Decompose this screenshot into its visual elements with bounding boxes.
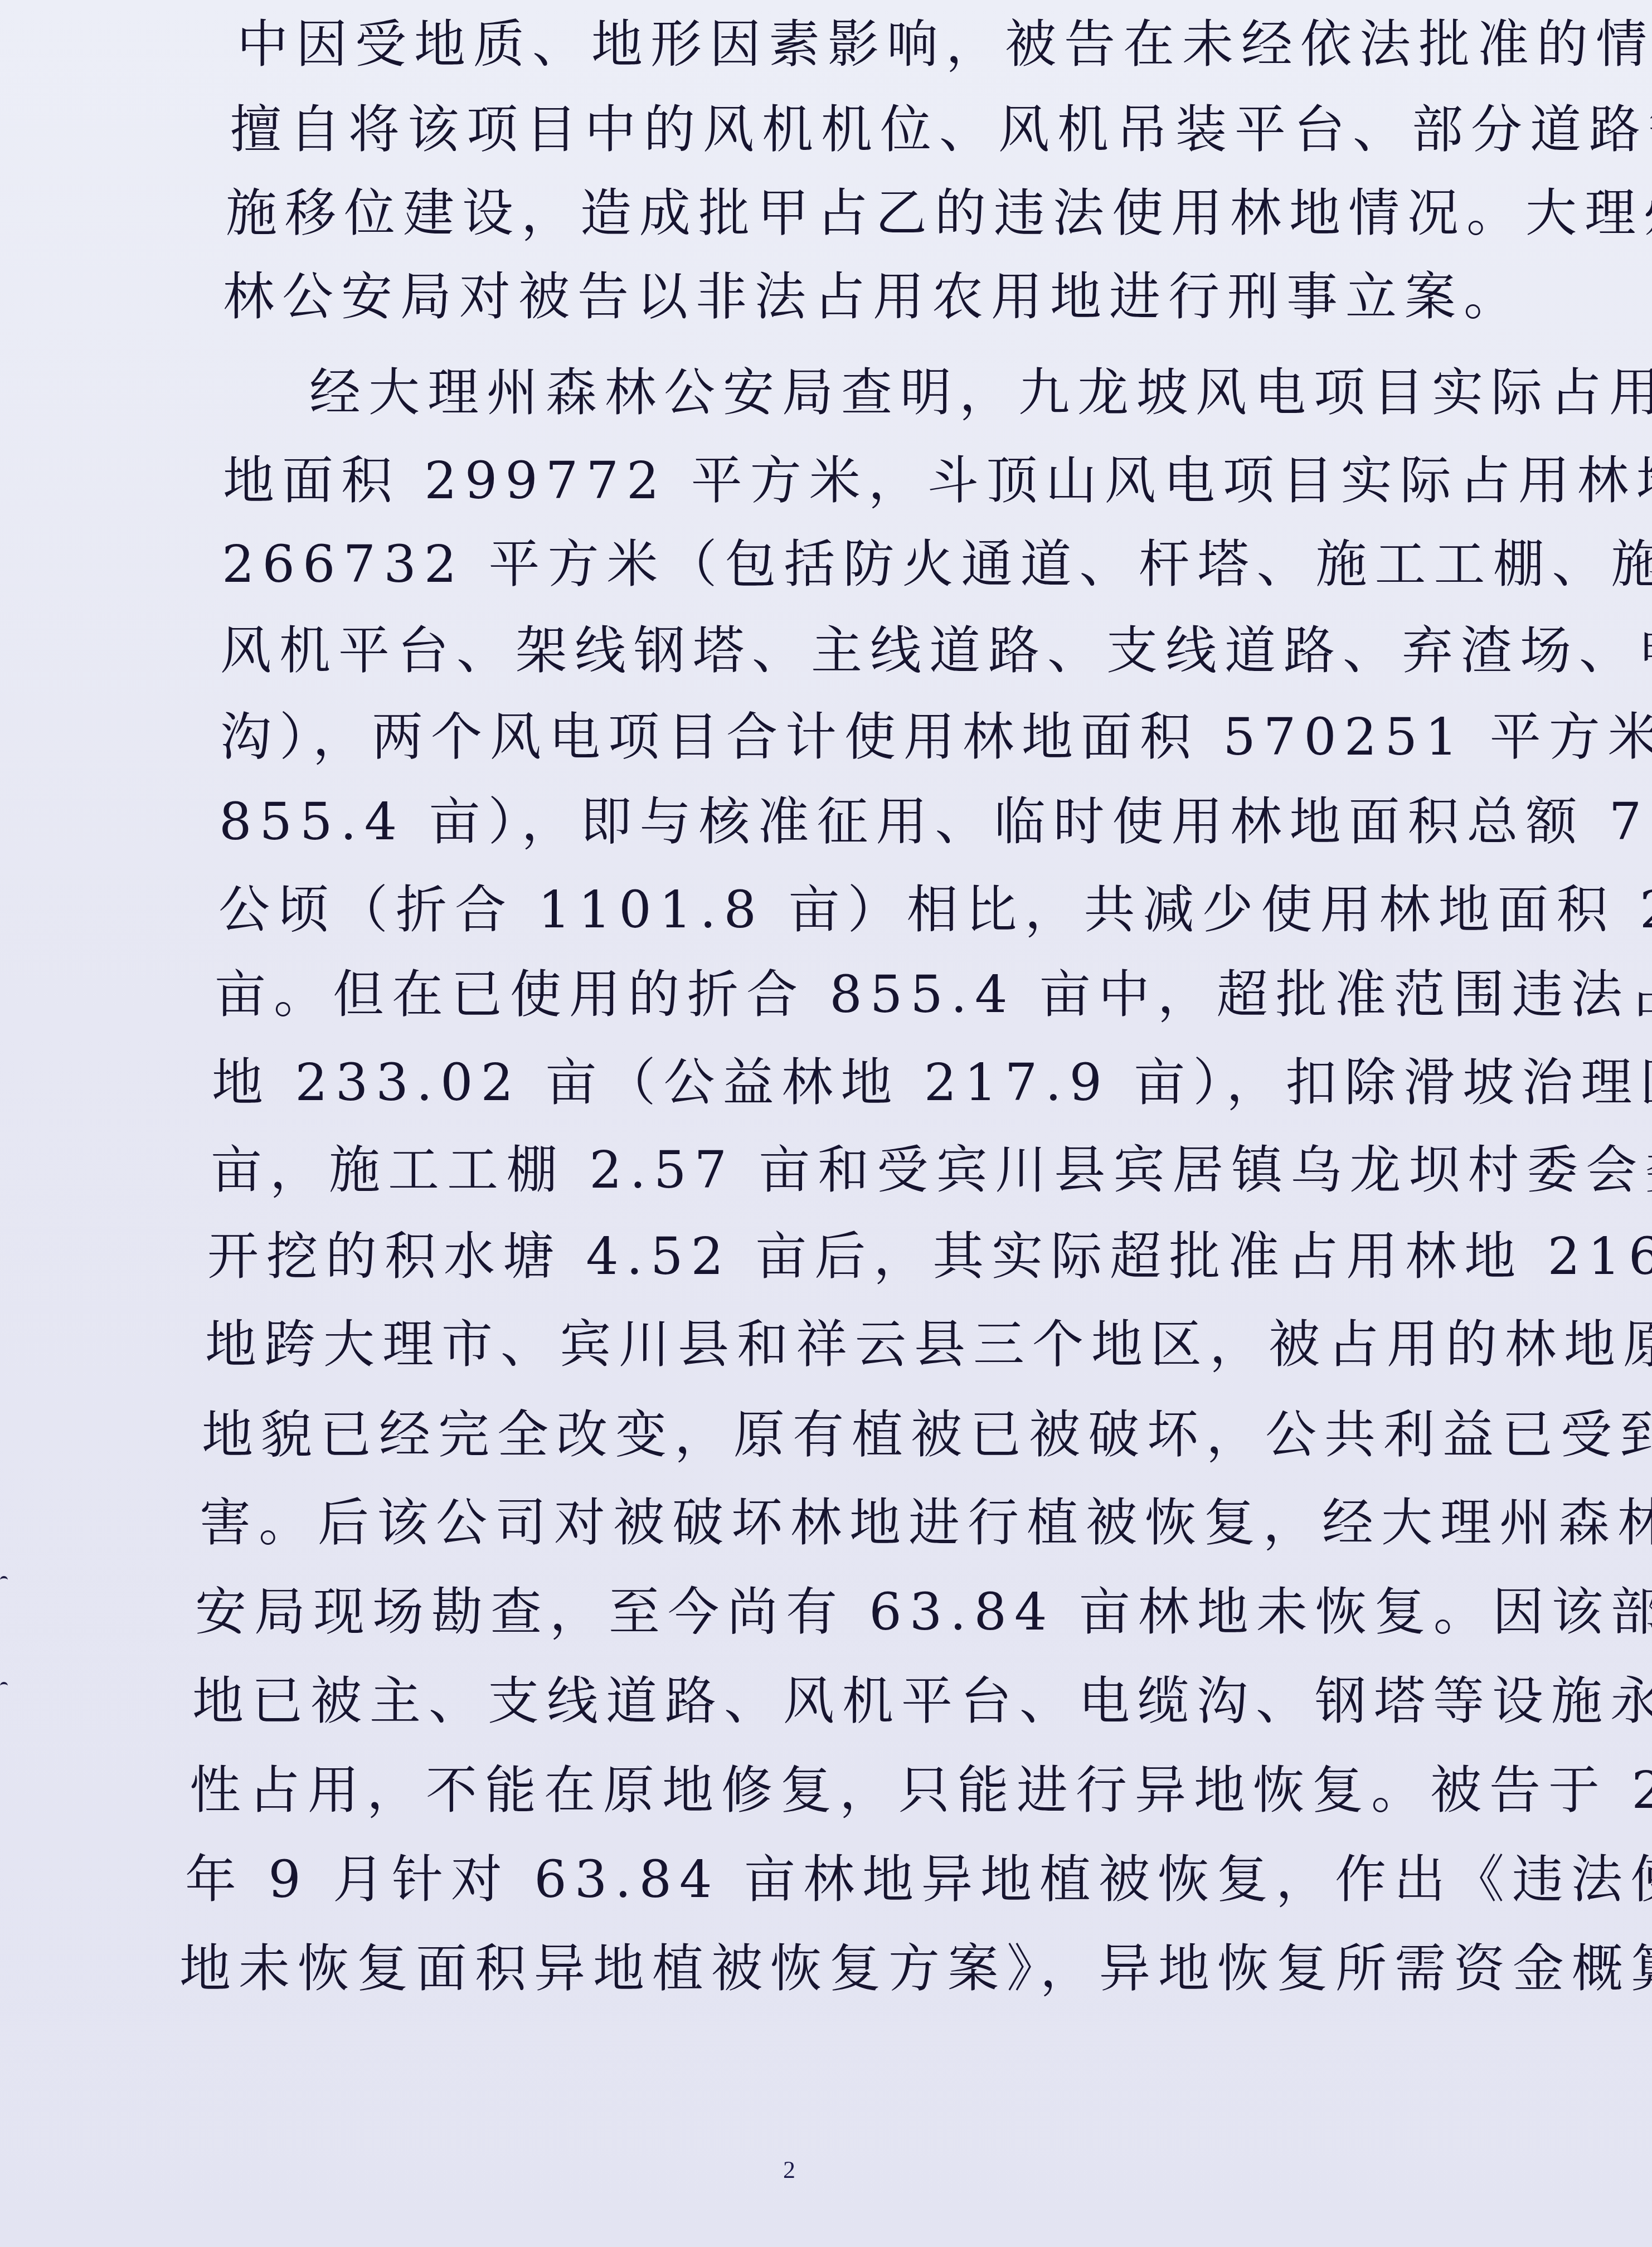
text-line-1: 中因受地质、地形因素影响，被告在未经依法批准的情况下， xyxy=(237,14,1452,75)
text-line-5: 经大理州森林公安局查明，九龙坡风电项目实际占用林 xyxy=(309,362,1457,424)
text-line-14: 亩，施工工棚 2.57 亩和受宾川县宾居镇乌龙坝村委会委托 xyxy=(211,1140,1459,1201)
text-line-21: 性占用，不能在原地修复，只能进行异地恢复。被告于 2017 xyxy=(190,1760,1469,1821)
text-line-23: 地未恢复面积异地植被恢复方案》，异地恢复所需资金概算 xyxy=(179,1938,1473,2000)
text-line-18: 害。后该公司对被破坏林地进行植被恢复，经大理州森林公 xyxy=(200,1492,1466,1554)
text-line-6: 地面积 299772 平方米，斗顶山风电项目实际占用林地面积 xyxy=(223,450,1455,512)
text-line-3: 施移位建设，造成批甲占乙的违法使用林地情况。大理州森 xyxy=(226,183,1457,244)
text-line-12: 亩。但在已使用的折合 855.4 亩中，超批准范围违法占用林 xyxy=(215,964,1459,1025)
text-line-20: 地已被主、支线道路、风机平台、电缆沟、钢塔等设施永久 xyxy=(192,1671,1469,1732)
binding-hole-mark xyxy=(0,1576,8,1582)
text-line-19: 安局现场勘查，至今尚有 63.84 亩林地未恢复。因该部份林 xyxy=(195,1582,1469,1643)
text-line-9: 沟），两个风电项目合计使用林地面积 570251 平方米（折合 xyxy=(220,707,1457,768)
text-line-10: 855.4 亩），即与核准征用、临时使用林地面积总额 73.4518 xyxy=(219,791,1456,853)
text-line-16: 地跨大理市、宾川县和祥云县三个地区，被占用的林地原有 xyxy=(205,1314,1464,1375)
binding-hole-mark xyxy=(0,1682,8,1687)
text-line-4: 林公安局对被告以非法占用农用地进行刑事立案。 xyxy=(223,266,1523,328)
text-line-8: 风机平台、架线钢塔、主线道路、支线道路、弃渣场、电缆 xyxy=(220,620,1455,682)
text-line-2: 擅自将该项目中的风机机位、风机吊装平台、部分道路等设 xyxy=(230,99,1459,160)
text-line-17: 地貌已经完全改变，原有植被已被破坏，公共利益已受到损 xyxy=(202,1404,1466,1466)
page-number: 2 xyxy=(783,2156,795,2184)
text-line-22: 年 9 月针对 63.84 亩林地异地植被恢复，作出《违法使用林 xyxy=(185,1849,1473,1910)
text-line-11: 公顷（折合 1101.8 亩）相比，共减少使用林地面积 246.4 xyxy=(218,879,1457,941)
text-line-15: 开挖的积水塘 4.52 亩后，其实际超批准占用林地 216.21 亩， xyxy=(207,1226,1461,1287)
text-line-13: 地 233.02 亩（公益林地 217.9 亩），扣除滑坡治理区 9.72 xyxy=(212,1052,1457,1113)
document-page: 中因受地质、地形因素影响，被告在未经依法批准的情况下， 擅自将该项目中的风机机位… xyxy=(0,0,1652,2247)
text-line-7: 266732 平方米（包括防火通道、杆塔、施工工棚、施工便道、 xyxy=(222,534,1460,595)
